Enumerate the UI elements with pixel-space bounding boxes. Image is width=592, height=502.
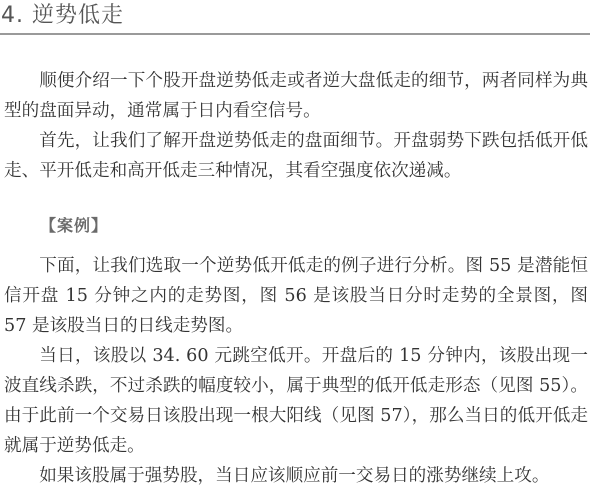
- intro-text: 顺便介绍一下个股开盘逆势低走或者逆大盘低走的细节，两者同样为典型的盘面异动，通常…: [4, 66, 588, 186]
- paragraph: 顺便介绍一下个股开盘逆势低走或者逆大盘低走的细节，两者同样为典型的盘面异动，通常…: [4, 66, 588, 126]
- paragraph: 当日，该股以 34. 60 元跳空低开。开盘后的 15 分钟内，该股出现一波直线…: [4, 341, 588, 461]
- section-title: 4. 逆势低走: [1, 2, 124, 30]
- paragraph: 如果该股属于强势股，当日应该顺应前一交易日的涨势继续上攻。: [4, 461, 588, 491]
- case-text: 下面，让我们选取一个逆势低开低走的例子进行分析。图 55 是潜能恒信开盘 15 …: [4, 251, 588, 491]
- paragraph: 下面，让我们选取一个逆势低开低走的例子进行分析。图 55 是潜能恒信开盘 15 …: [4, 251, 588, 341]
- paragraph: 首先，让我们了解开盘逆势低走的盘面细节。开盘弱势下跌包括低开低走、平开低走和高开…: [4, 126, 588, 186]
- title-divider: [0, 33, 590, 35]
- case-heading: 【案例】: [40, 215, 108, 237]
